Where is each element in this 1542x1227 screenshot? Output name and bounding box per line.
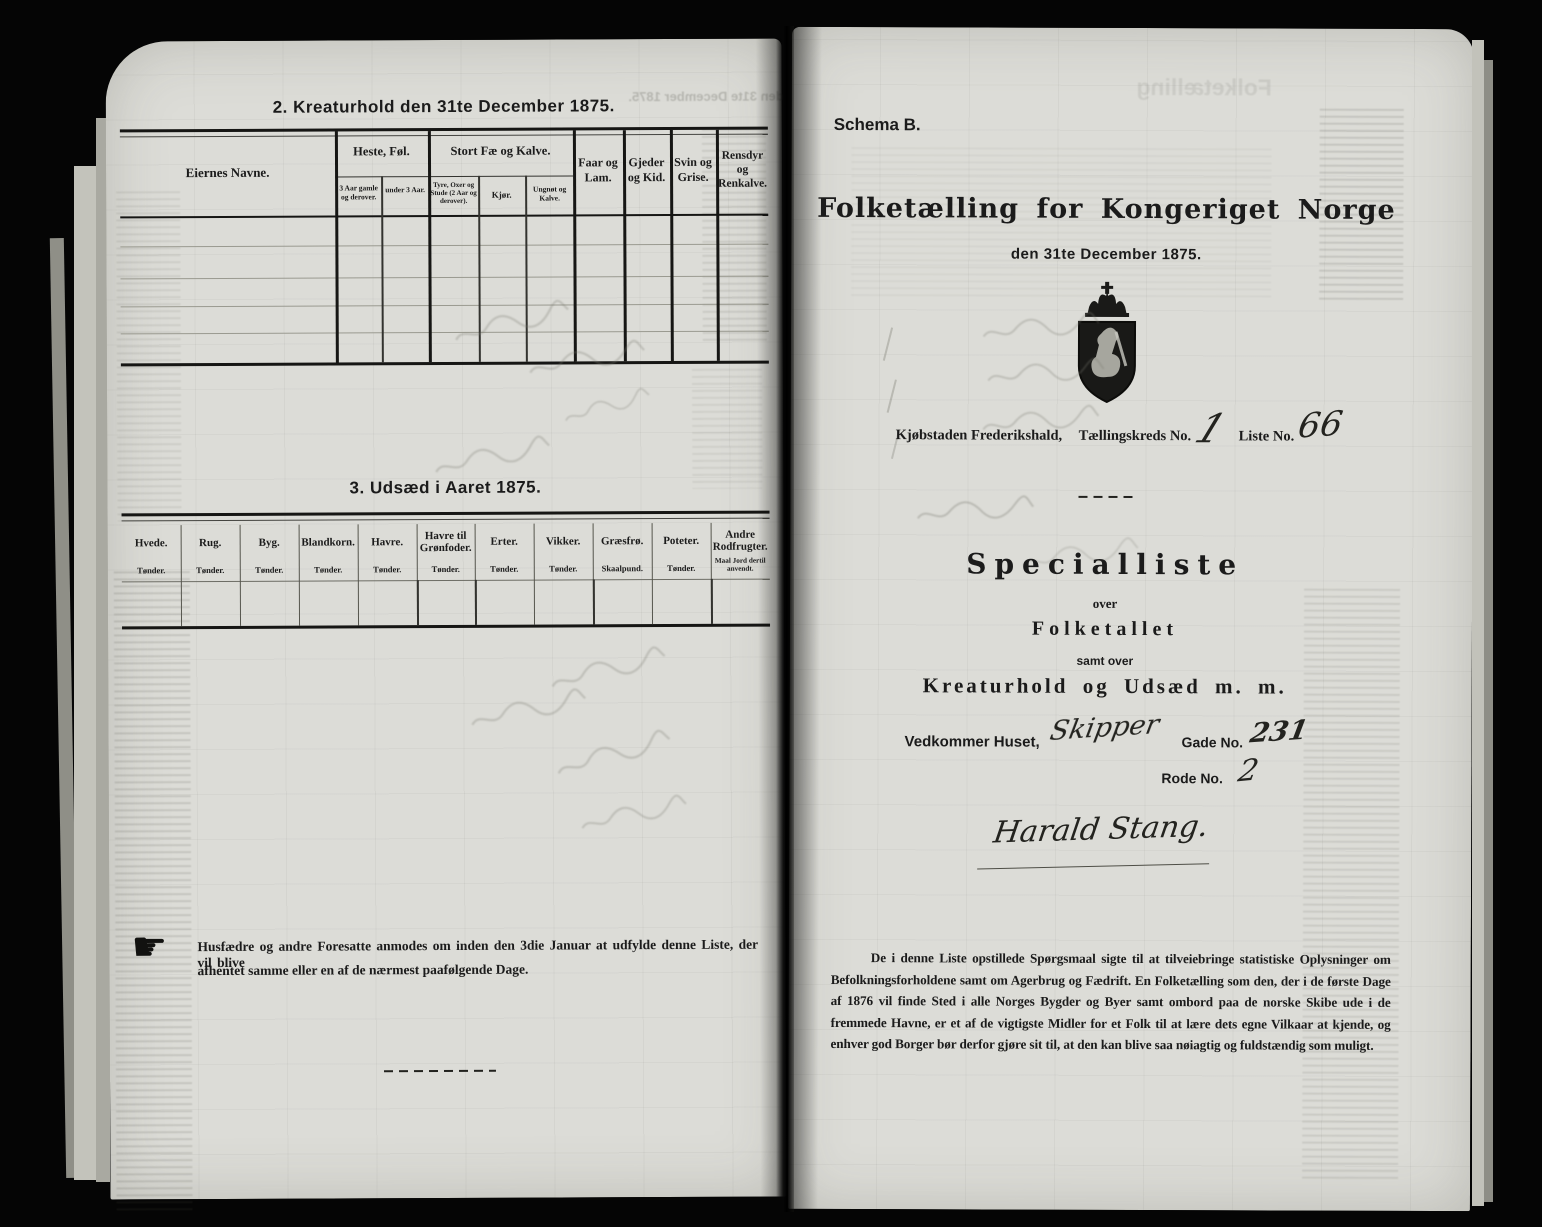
bleed-through-handwriting	[560, 379, 655, 433]
census-date-line: den 31te December 1875.	[816, 245, 1396, 264]
bleed-through-title: Folketælling	[1032, 74, 1272, 102]
coat-of-arms	[1071, 280, 1143, 408]
bleed-through-handwriting	[577, 788, 691, 841]
census-title: Folketælling for Kongeriget Norge	[816, 193, 1396, 226]
udsaed-table: Hvede. Rug. Byg. Blandkorn. Havre. Havre…	[122, 511, 771, 632]
udsaed-col-label: Erter.	[476, 536, 533, 548]
udsaed-col-unit: Skaalpund.	[594, 563, 651, 573]
column-group-stort-fae: Stort Fæ og Kalve.	[428, 143, 573, 159]
specialliste-heading: Specialliste	[815, 547, 1395, 582]
table-rule	[428, 175, 573, 177]
left-page: den 31te December 1875. 2. Kreaturhold d…	[105, 39, 786, 1200]
bleed-through-handwriting	[860, 486, 1092, 535]
udsaed-col-unit: Tønder.	[123, 565, 180, 575]
signature-underline	[977, 863, 1209, 869]
rode-no-label: Rode No.	[1161, 770, 1223, 786]
column-header-faar: Faar og Lam.	[574, 155, 622, 185]
table-rule	[475, 580, 477, 625]
udsaed-col-label: Hvede.	[123, 537, 180, 549]
bleed-through-handwriting	[537, 719, 689, 790]
divider-rule	[1078, 496, 1136, 498]
city-label: Kjøbstaden Frederikshald,	[896, 427, 1063, 445]
column-header-gjeder: Gjeder og Kid.	[624, 155, 669, 185]
gade-no-label: Gade No.	[1182, 734, 1244, 750]
column-sub-under3aar: under 3 Aar.	[383, 186, 427, 195]
stray-mark	[384, 1070, 496, 1072]
column-header-svin: Svin og Grise.	[671, 155, 715, 185]
udsaed-col-label: Rug.	[182, 537, 239, 549]
udsaed-col-unit: Tønder.	[241, 565, 298, 575]
table-rule	[593, 579, 595, 624]
liste-value-handwritten: 66	[1296, 404, 1346, 447]
table-rule	[122, 518, 770, 522]
street-name-handwritten: Skipper	[1048, 709, 1162, 747]
column-sub-kjoer: Kjør.	[478, 190, 525, 200]
specialliste-kreaturhold: Kreaturhold og Udsæd m. m.	[815, 673, 1395, 700]
table-rule	[381, 176, 384, 362]
udsaed-col-unit: Tønder.	[359, 564, 416, 574]
specialliste-over: over	[815, 595, 1395, 613]
udsaed-col-label: Havre til Grønfoder.	[418, 530, 474, 554]
column-sub-3aar: 3 Aar gamle og derover.	[337, 184, 380, 201]
footer-note-line2: afhentet samme eller en af de nærmest pa…	[197, 961, 775, 980]
udsaed-col-unit: Tønder.	[476, 564, 533, 574]
tellingskreds-label: Tællingskreds No.	[1079, 428, 1192, 445]
column-group-heste: Heste, Føl.	[335, 144, 428, 159]
page-edge-strip	[74, 166, 98, 1180]
specialliste-folketallet: Folketallet	[815, 617, 1395, 642]
bleed-through-handwriting	[887, 379, 897, 412]
table-rule	[122, 579, 770, 583]
udsaed-col-unit: Tønder.	[535, 563, 592, 573]
schema-label: Schema B.	[834, 115, 921, 135]
udsaed-table-title: 3. Udsæd i Aaret 1875.	[121, 477, 769, 500]
kreaturhold-table-title: 2. Kreaturhold den 31te December 1875.	[120, 96, 768, 119]
column-sub-tyre-oxer: Tyre, Oxer og Stude (2 Aar og derover).	[430, 181, 477, 205]
udsaed-col-label: Poteter.	[653, 535, 710, 547]
table-rule	[417, 580, 419, 625]
page-edge-strip	[1472, 40, 1484, 1206]
page-edge-strip	[1484, 60, 1493, 1202]
udsaed-col-unit: Tønder.	[300, 564, 357, 574]
bleed-through-handwriting	[883, 327, 893, 360]
bleed-through-text	[692, 369, 763, 489]
tellingskreds-value-handwritten: 1	[1189, 406, 1233, 452]
liste-label: Liste No.	[1239, 428, 1295, 445]
vedkommer-huset-label: Vedkommer Huset,	[905, 733, 1040, 750]
table-rule	[122, 511, 770, 517]
right-page: Folketælling Schema B. Folketælling for …	[788, 27, 1474, 1211]
info-paragraph: De i denne Liste opstillede Spørgsmaal s…	[830, 947, 1390, 1056]
udsaed-col-label: Byg.	[241, 537, 298, 549]
table-rule	[711, 579, 713, 624]
column-header-eiernes: Eiernes Navne.	[120, 164, 335, 181]
bleed-through-handwriting	[437, 676, 619, 744]
table-rule	[428, 131, 432, 362]
scanned-book-spread: den 31te December 1875. 2. Kreaturhold d…	[0, 0, 1542, 1227]
specialliste-samt-over: samt over	[815, 653, 1395, 669]
udsaed-col-label: Vikker.	[535, 535, 592, 547]
table-rule	[121, 361, 769, 367]
udsaed-col-unit: Tønder.	[182, 565, 239, 575]
manicule-icon: ☛	[131, 927, 167, 967]
udsaed-col-unit: Tønder.	[653, 563, 710, 573]
table-rule	[335, 131, 339, 362]
udsaed-col-label: Blandkorn.	[300, 536, 357, 548]
udsaed-col-unit: Tønder.	[418, 564, 474, 574]
column-sub-ungnoet: Ungnøt og Kalve.	[527, 185, 572, 202]
rode-no-value-handwritten: 2	[1235, 753, 1261, 790]
gade-no-value-handwritten: 231	[1248, 715, 1311, 750]
table-rule	[122, 624, 770, 630]
binding-seam	[776, 26, 794, 1212]
udsaed-col-label: Græsfrø.	[594, 535, 651, 547]
bleed-through-text	[114, 571, 193, 1211]
udsaed-col-label: Havre.	[359, 536, 416, 548]
signature-handwritten: Harald Stang.	[991, 809, 1210, 851]
